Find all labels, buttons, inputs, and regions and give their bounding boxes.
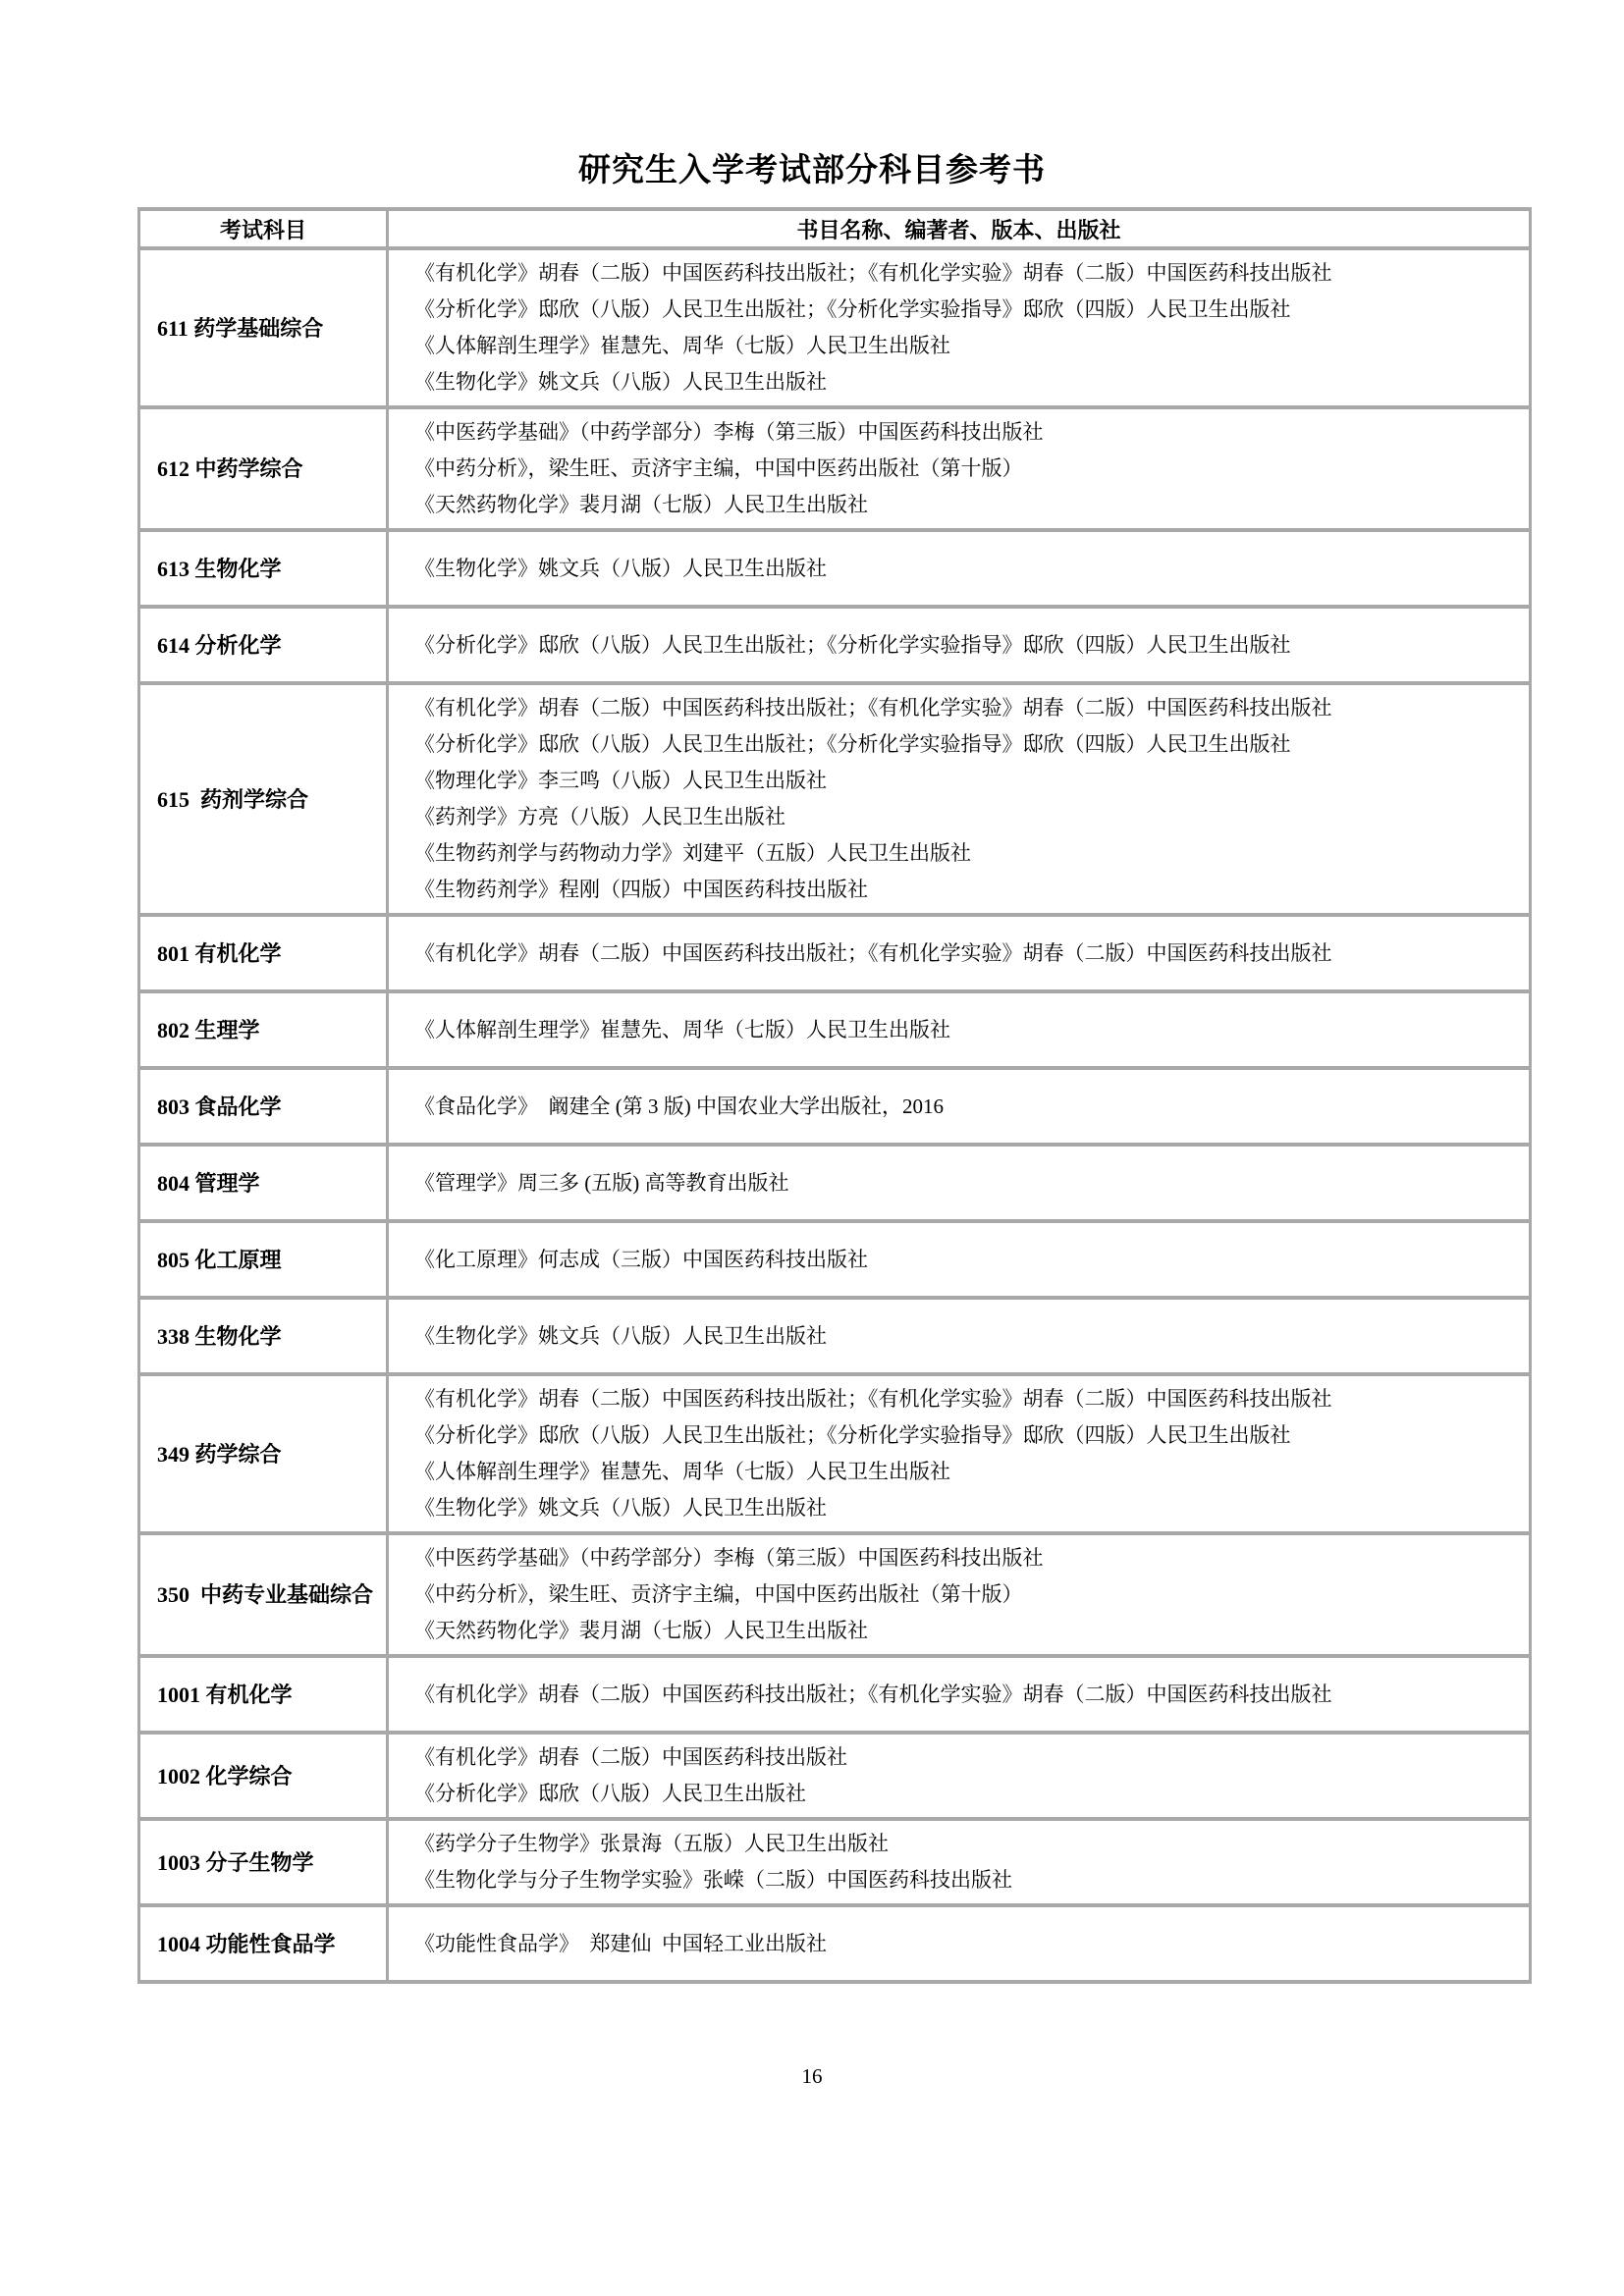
document-page: 研究生入学考试部分科目参考书 考试科目 书目名称、编著者、版本、出版社 611 … [0, 0, 1624, 2296]
book-list-cell: 《药学分子生物学》张景海（五版）人民卫生出版社《生物化学与分子生物学实验》张嵘（… [388, 1819, 1531, 1905]
table-row: 612 中药学综合《中医药学基础》（中药学部分）李梅（第三版）中国医药科技出版社… [139, 407, 1531, 530]
exam-subject-cell: 1004 功能性食品学 [139, 1905, 388, 1982]
book-entry: 《有机化学》胡春（二版）中国医药科技出版社；《有机化学实验》胡春（二版）中国医药… [414, 935, 1515, 972]
book-entry: 《分析化学》邸欣（八版）人民卫生出版社；《分析化学实验指导》邸欣（四版）人民卫生… [414, 726, 1515, 763]
book-entry: 《人体解剖生理学》崔慧先、周华（七版）人民卫生出版社 [414, 1012, 1515, 1048]
table-row: 350 中药专业基础综合《中医药学基础》（中药学部分）李梅（第三版）中国医药科技… [139, 1533, 1531, 1656]
table-row: 613 生物化学《生物化学》姚文兵（八版）人民卫生出版社 [139, 530, 1531, 607]
exam-subject-cell: 350 中药专业基础综合 [139, 1533, 388, 1656]
book-entry: 《生物药剂学与药物动力学》刘建平（五版）人民卫生出版社 [414, 835, 1515, 872]
table-row: 1004 功能性食品学《功能性食品学》 郑建仙 中国轻工业出版社 [139, 1905, 1531, 1982]
book-entry: 《分析化学》邸欣（八版）人民卫生出版社；《分析化学实验指导》邸欣（四版）人民卫生… [414, 292, 1515, 328]
exam-subject-cell: 615 药剂学综合 [139, 683, 388, 915]
book-entry: 《物理化学》李三鸣（八版）人民卫生出版社 [414, 763, 1515, 799]
exam-subject-cell: 804 管理学 [139, 1145, 388, 1221]
book-list-cell: 《有机化学》胡春（二版）中国医药科技出版社《分析化学》邸欣（八版）人民卫生出版社 [388, 1733, 1531, 1819]
exam-subject-cell: 801 有机化学 [139, 915, 388, 991]
book-list-cell: 《生物化学》姚文兵（八版）人民卫生出版社 [388, 530, 1531, 607]
book-list-cell: 《有机化学》胡春（二版）中国医药科技出版社；《有机化学实验》胡春（二版）中国医药… [388, 915, 1531, 991]
book-entry: 《中药分析》，梁生旺、贡济宇主编，中国中医药出版社（第十版） [414, 1576, 1515, 1613]
table-row: 1001 有机化学《有机化学》胡春（二版）中国医药科技出版社；《有机化学实验》胡… [139, 1656, 1531, 1733]
reference-books-table: 考试科目 书目名称、编著者、版本、出版社 611 药学基础综合《有机化学》胡春（… [137, 207, 1532, 1984]
book-entry: 《管理学》周三多 (五版) 高等教育出版社 [414, 1165, 1515, 1201]
book-list-cell: 《生物化学》姚文兵（八版）人民卫生出版社 [388, 1298, 1531, 1374]
table-row: 338 生物化学《生物化学》姚文兵（八版）人民卫生出版社 [139, 1298, 1531, 1374]
book-entry: 《生物药剂学》程刚（四版）中国医药科技出版社 [414, 872, 1515, 908]
book-entry: 《天然药物化学》裴月湖（七版）人民卫生出版社 [414, 487, 1515, 523]
book-entry: 《生物化学》姚文兵（八版）人民卫生出版社 [414, 1490, 1515, 1526]
book-entry: 《有机化学》胡春（二版）中国医药科技出版社；《有机化学实验》胡春（二版）中国医药… [414, 255, 1515, 292]
table-row: 801 有机化学《有机化学》胡春（二版）中国医药科技出版社；《有机化学实验》胡春… [139, 915, 1531, 991]
exam-subject-cell: 1001 有机化学 [139, 1656, 388, 1733]
book-entry: 《分析化学》邸欣（八版）人民卫生出版社 [414, 1776, 1515, 1812]
table-row: 804 管理学《管理学》周三多 (五版) 高等教育出版社 [139, 1145, 1531, 1221]
book-entry: 《生物化学与分子生物学实验》张嵘（二版）中国医药科技出版社 [414, 1862, 1515, 1898]
table-body: 611 药学基础综合《有机化学》胡春（二版）中国医药科技出版社；《有机化学实验》… [139, 248, 1531, 1982]
book-list-cell: 《化工原理》何志成（三版）中国医药科技出版社 [388, 1221, 1531, 1298]
book-entry: 《中药分析》，梁生旺、贡济宇主编，中国中医药出版社（第十版） [414, 451, 1515, 487]
book-list-cell: 《中医药学基础》（中药学部分）李梅（第三版）中国医药科技出版社《中药分析》，梁生… [388, 407, 1531, 530]
exam-subject-cell: 1003 分子生物学 [139, 1819, 388, 1905]
exam-subject-cell: 802 生理学 [139, 991, 388, 1068]
exam-subject-cell: 614 分析化学 [139, 607, 388, 683]
book-list-cell: 《中医药学基础》（中药学部分）李梅（第三版）中国医药科技出版社《中药分析》，梁生… [388, 1533, 1531, 1656]
exam-subject-cell: 349 药学综合 [139, 1374, 388, 1533]
table-row: 614 分析化学《分析化学》邸欣（八版）人民卫生出版社；《分析化学实验指导》邸欣… [139, 607, 1531, 683]
book-entry: 《人体解剖生理学》崔慧先、周华（七版）人民卫生出版社 [414, 328, 1515, 364]
table-row: 615 药剂学综合《有机化学》胡春（二版）中国医药科技出版社；《有机化学实验》胡… [139, 683, 1531, 915]
book-entry: 《有机化学》胡春（二版）中国医药科技出版社；《有机化学实验》胡春（二版）中国医药… [414, 1677, 1515, 1713]
column-header-book-info: 书目名称、编著者、版本、出版社 [388, 209, 1531, 248]
book-list-cell: 《有机化学》胡春（二版）中国医药科技出版社；《有机化学实验》胡春（二版）中国医药… [388, 683, 1531, 915]
book-entry: 《有机化学》胡春（二版）中国医药科技出版社 [414, 1739, 1515, 1776]
book-entry: 《药学分子生物学》张景海（五版）人民卫生出版社 [414, 1826, 1515, 1862]
book-list-cell: 《分析化学》邸欣（八版）人民卫生出版社；《分析化学实验指导》邸欣（四版）人民卫生… [388, 607, 1531, 683]
book-entry: 《中医药学基础》（中药学部分）李梅（第三版）中国医药科技出版社 [414, 414, 1515, 451]
book-list-cell: 《有机化学》胡春（二版）中国医药科技出版社；《有机化学实验》胡春（二版）中国医药… [388, 1656, 1531, 1733]
book-list-cell: 《管理学》周三多 (五版) 高等教育出版社 [388, 1145, 1531, 1221]
book-entry: 《生物化学》姚文兵（八版）人民卫生出版社 [414, 1318, 1515, 1355]
table-row: 349 药学综合《有机化学》胡春（二版）中国医药科技出版社；《有机化学实验》胡春… [139, 1374, 1531, 1533]
column-header-exam-subject: 考试科目 [139, 209, 388, 248]
exam-subject-cell: 1002 化学综合 [139, 1733, 388, 1819]
book-list-cell: 《功能性食品学》 郑建仙 中国轻工业出版社 [388, 1905, 1531, 1982]
book-entry: 《分析化学》邸欣（八版）人民卫生出版社；《分析化学实验指导》邸欣（四版）人民卫生… [414, 627, 1515, 664]
book-entry: 《功能性食品学》 郑建仙 中国轻工业出版社 [414, 1926, 1515, 1962]
book-entry: 《人体解剖生理学》崔慧先、周华（七版）人民卫生出版社 [414, 1454, 1515, 1490]
book-list-cell: 《有机化学》胡春（二版）中国医药科技出版社；《有机化学实验》胡春（二版）中国医药… [388, 248, 1531, 407]
exam-subject-cell: 612 中药学综合 [139, 407, 388, 530]
book-entry: 《生物化学》姚文兵（八版）人民卫生出版社 [414, 551, 1515, 587]
table-row: 803 食品化学《食品化学》 阚建全 (第 3 版) 中国农业大学出版社，201… [139, 1068, 1531, 1145]
book-entry: 《天然药物化学》裴月湖（七版）人民卫生出版社 [414, 1613, 1515, 1649]
table-row: 802 生理学《人体解剖生理学》崔慧先、周华（七版）人民卫生出版社 [139, 991, 1531, 1068]
table-header-row: 考试科目 书目名称、编著者、版本、出版社 [139, 209, 1531, 248]
book-entry: 《生物化学》姚文兵（八版）人民卫生出版社 [414, 364, 1515, 400]
exam-subject-cell: 803 食品化学 [139, 1068, 388, 1145]
table-row: 611 药学基础综合《有机化学》胡春（二版）中国医药科技出版社；《有机化学实验》… [139, 248, 1531, 407]
table-row: 1002 化学综合《有机化学》胡春（二版）中国医药科技出版社《分析化学》邸欣（八… [139, 1733, 1531, 1819]
exam-subject-cell: 611 药学基础综合 [139, 248, 388, 407]
book-entry: 《有机化学》胡春（二版）中国医药科技出版社；《有机化学实验》胡春（二版）中国医药… [414, 1381, 1515, 1417]
exam-subject-cell: 805 化工原理 [139, 1221, 388, 1298]
book-entry: 《分析化学》邸欣（八版）人民卫生出版社；《分析化学实验指导》邸欣（四版）人民卫生… [414, 1417, 1515, 1454]
page-number: 16 [0, 2064, 1624, 2089]
book-entry: 《食品化学》 阚建全 (第 3 版) 中国农业大学出版社，2016 [414, 1089, 1515, 1125]
book-entry: 《中医药学基础》（中药学部分）李梅（第三版）中国医药科技出版社 [414, 1540, 1515, 1576]
table-row: 805 化工原理《化工原理》何志成（三版）中国医药科技出版社 [139, 1221, 1531, 1298]
exam-subject-cell: 613 生物化学 [139, 530, 388, 607]
table-row: 1003 分子生物学《药学分子生物学》张景海（五版）人民卫生出版社《生物化学与分… [139, 1819, 1531, 1905]
exam-subject-cell: 338 生物化学 [139, 1298, 388, 1374]
book-list-cell: 《食品化学》 阚建全 (第 3 版) 中国农业大学出版社，2016 [388, 1068, 1531, 1145]
book-entry: 《化工原理》何志成（三版）中国医药科技出版社 [414, 1242, 1515, 1278]
book-list-cell: 《有机化学》胡春（二版）中国医药科技出版社；《有机化学实验》胡春（二版）中国医药… [388, 1374, 1531, 1533]
page-title: 研究生入学考试部分科目参考书 [0, 0, 1624, 190]
book-entry: 《药剂学》方亮（八版）人民卫生出版社 [414, 799, 1515, 835]
book-list-cell: 《人体解剖生理学》崔慧先、周华（七版）人民卫生出版社 [388, 991, 1531, 1068]
book-entry: 《有机化学》胡春（二版）中国医药科技出版社；《有机化学实验》胡春（二版）中国医药… [414, 690, 1515, 726]
